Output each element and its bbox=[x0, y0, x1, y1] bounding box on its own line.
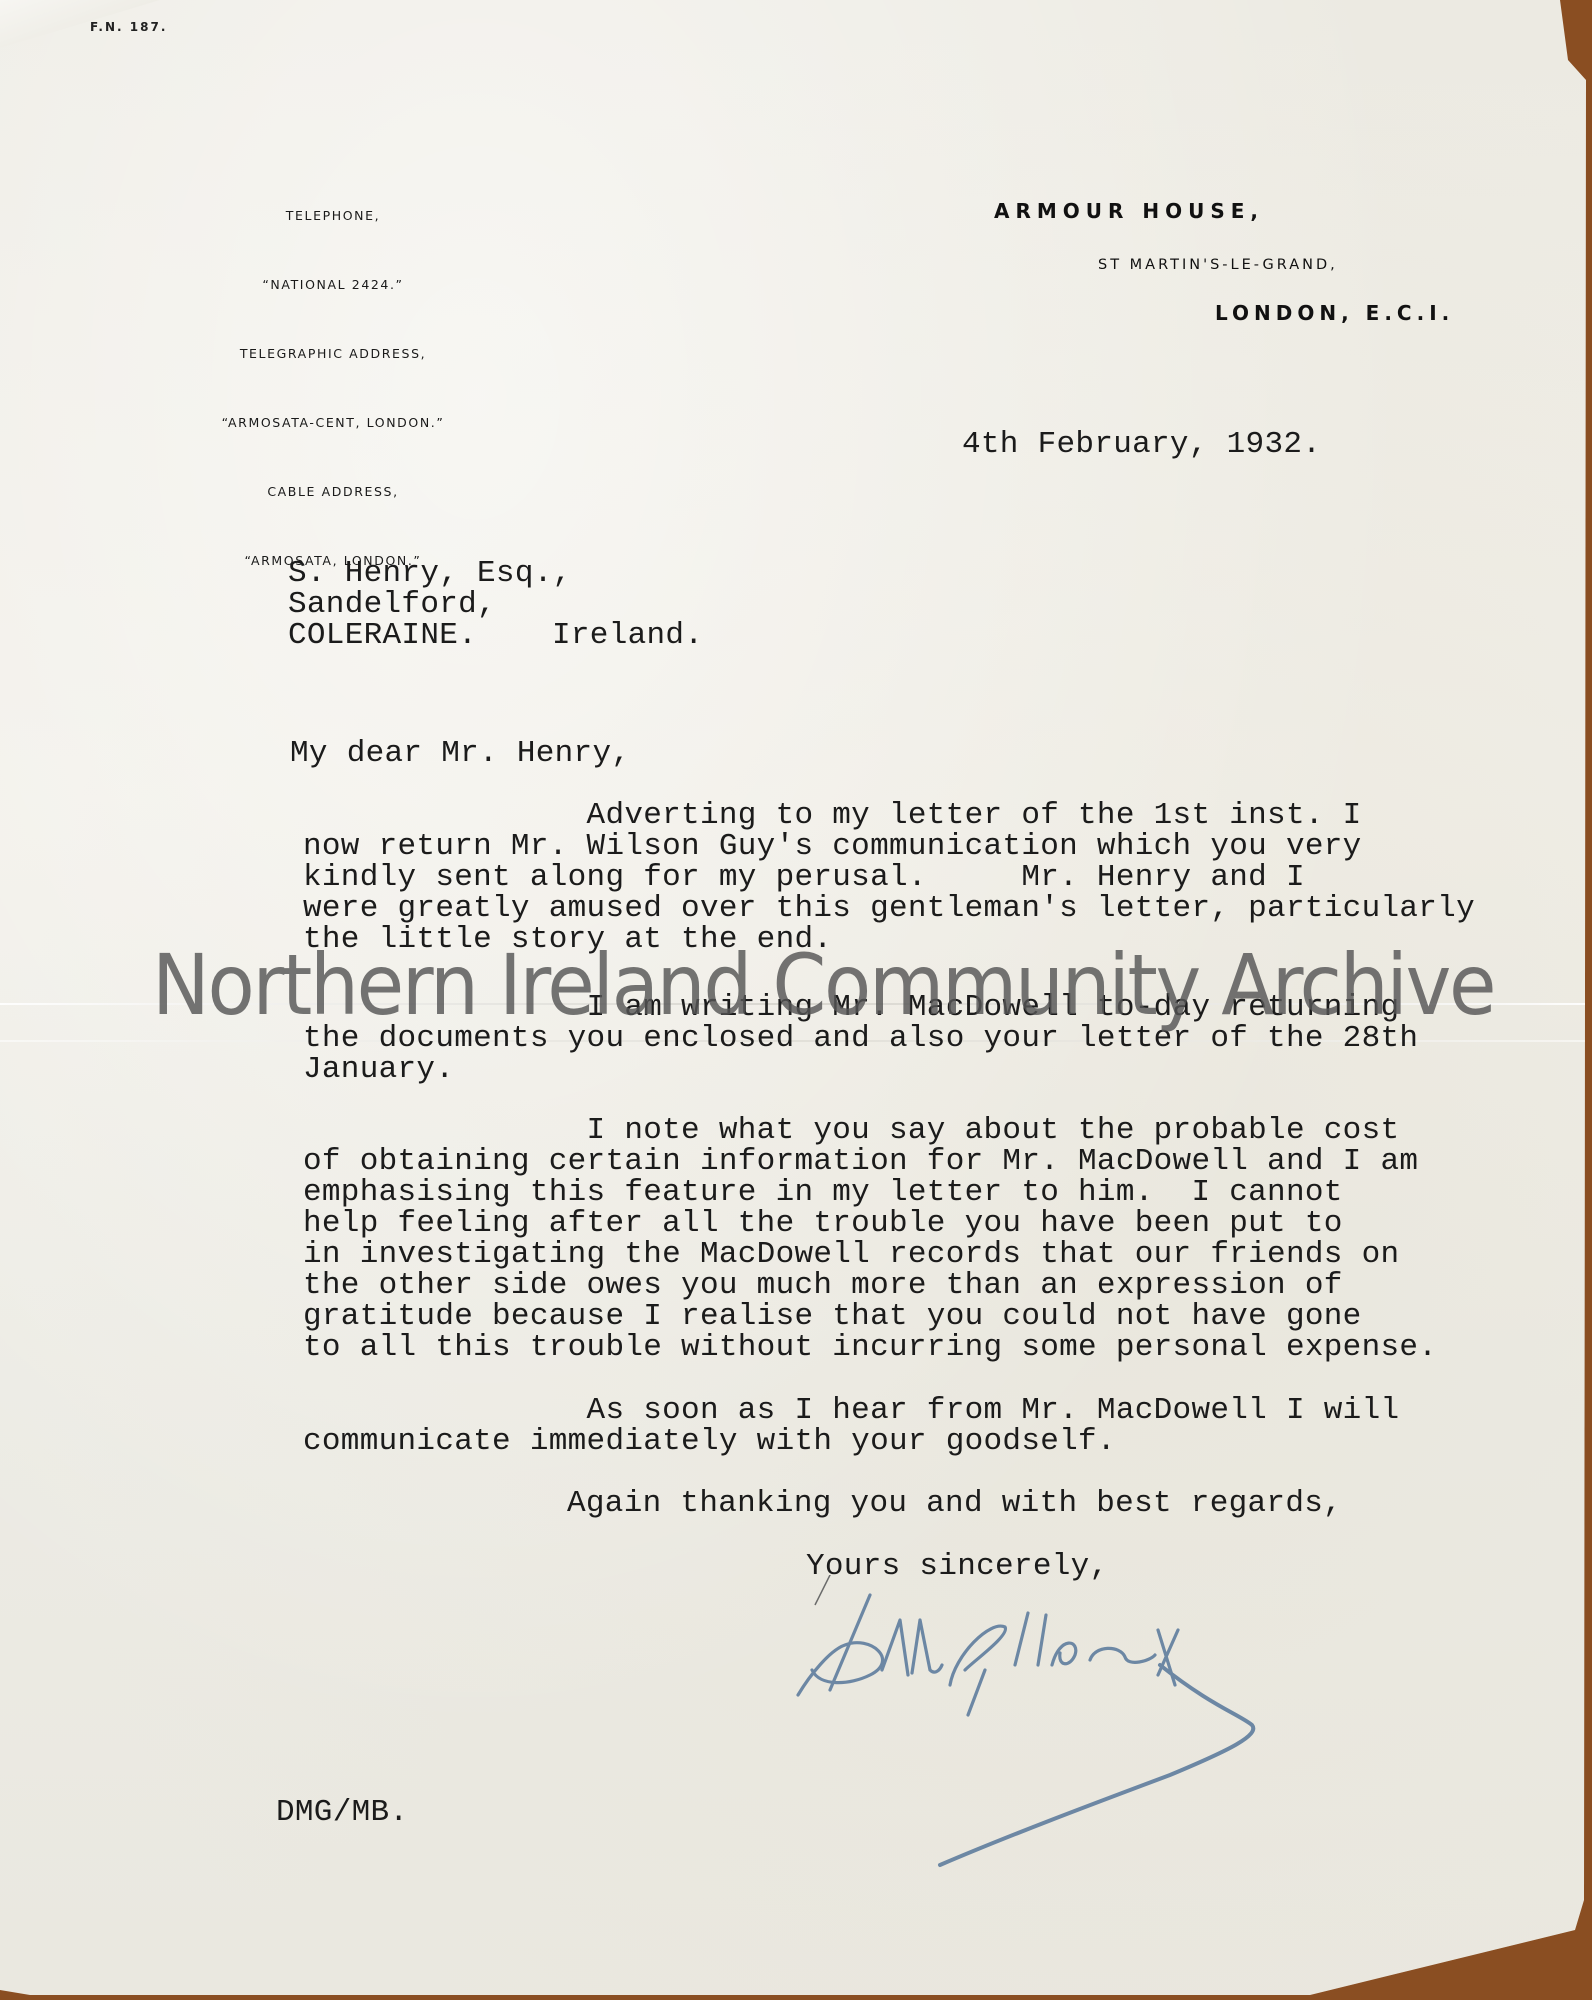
recipient-country: Ireland. bbox=[552, 620, 703, 651]
letterhead-line: “NATIONAL 2424.” bbox=[213, 273, 453, 296]
letterhead-line: TELEPHONE, bbox=[213, 204, 453, 227]
text-line: emphasising this feature in my letter to… bbox=[303, 1177, 1437, 1208]
letterhead-city: LONDON, E.C.I. bbox=[1215, 301, 1454, 325]
paragraph-1: Adverting to my letter of the 1st inst. … bbox=[303, 800, 1475, 955]
archive-watermark: Northern Ireland Community Archive bbox=[152, 940, 1339, 1030]
letterhead-line: CABLE ADDRESS, bbox=[213, 480, 453, 503]
text-line: January. bbox=[303, 1054, 1418, 1085]
letter-paper: F.N. 187. TELEPHONE, “NATIONAL 2424.” TE… bbox=[0, 0, 1586, 1995]
closing-line: Again thanking you and with best regards… bbox=[567, 1488, 1342, 1519]
reference-initials: DMG/MB. bbox=[276, 1797, 408, 1828]
text-line: kindly sent along for my perusal. Mr. He… bbox=[303, 862, 1475, 893]
letterhead-contact: TELEPHONE, “NATIONAL 2424.” TELEGRAPHIC … bbox=[213, 158, 453, 618]
text-line: the other side owes you much more than a… bbox=[303, 1270, 1437, 1301]
letter-date: 4th February, 1932. bbox=[962, 429, 1321, 460]
recipient-town: COLERAINE. bbox=[288, 620, 477, 651]
letterhead-line: TELEGRAPHIC ADDRESS, bbox=[213, 342, 453, 365]
text-line: gratitude because I realise that you cou… bbox=[303, 1301, 1437, 1332]
paragraph-4: As soon as I hear from Mr. MacDowell I w… bbox=[303, 1395, 1399, 1457]
text-line: I note what you say about the probable c… bbox=[303, 1115, 1437, 1146]
text-line: were greatly amused over this gentleman'… bbox=[303, 893, 1475, 924]
recipient-house: Sandelford, bbox=[288, 589, 496, 620]
salutation: My dear Mr. Henry, bbox=[290, 738, 630, 769]
letterhead-line: “ARMOSATA-CENT, LONDON.” bbox=[213, 411, 453, 434]
paragraph-3: I note what you say about the probable c… bbox=[303, 1115, 1437, 1363]
text-line: communicate immediately with your goodse… bbox=[303, 1426, 1399, 1457]
text-line: As soon as I hear from Mr. MacDowell I w… bbox=[303, 1395, 1399, 1426]
text-line: in investigating the MacDowell records t… bbox=[303, 1239, 1437, 1270]
recipient-name: S. Henry, Esq., bbox=[288, 558, 572, 589]
text-line: now return Mr. Wilson Guy's communicatio… bbox=[303, 831, 1475, 862]
letterhead-street: ST MARTIN'S-LE-GRAND, bbox=[1098, 257, 1338, 273]
text-line: of obtaining certain information for Mr.… bbox=[303, 1146, 1437, 1177]
letterhead-building: ARMOUR HOUSE, bbox=[994, 199, 1264, 223]
text-line: to all this trouble without incurring so… bbox=[303, 1332, 1437, 1363]
text-line: Adverting to my letter of the 1st inst. … bbox=[303, 800, 1475, 831]
signature-handwritten bbox=[790, 1575, 1330, 1875]
form-number: F.N. 187. bbox=[90, 20, 167, 34]
text-line: help feeling after all the trouble you h… bbox=[303, 1208, 1437, 1239]
